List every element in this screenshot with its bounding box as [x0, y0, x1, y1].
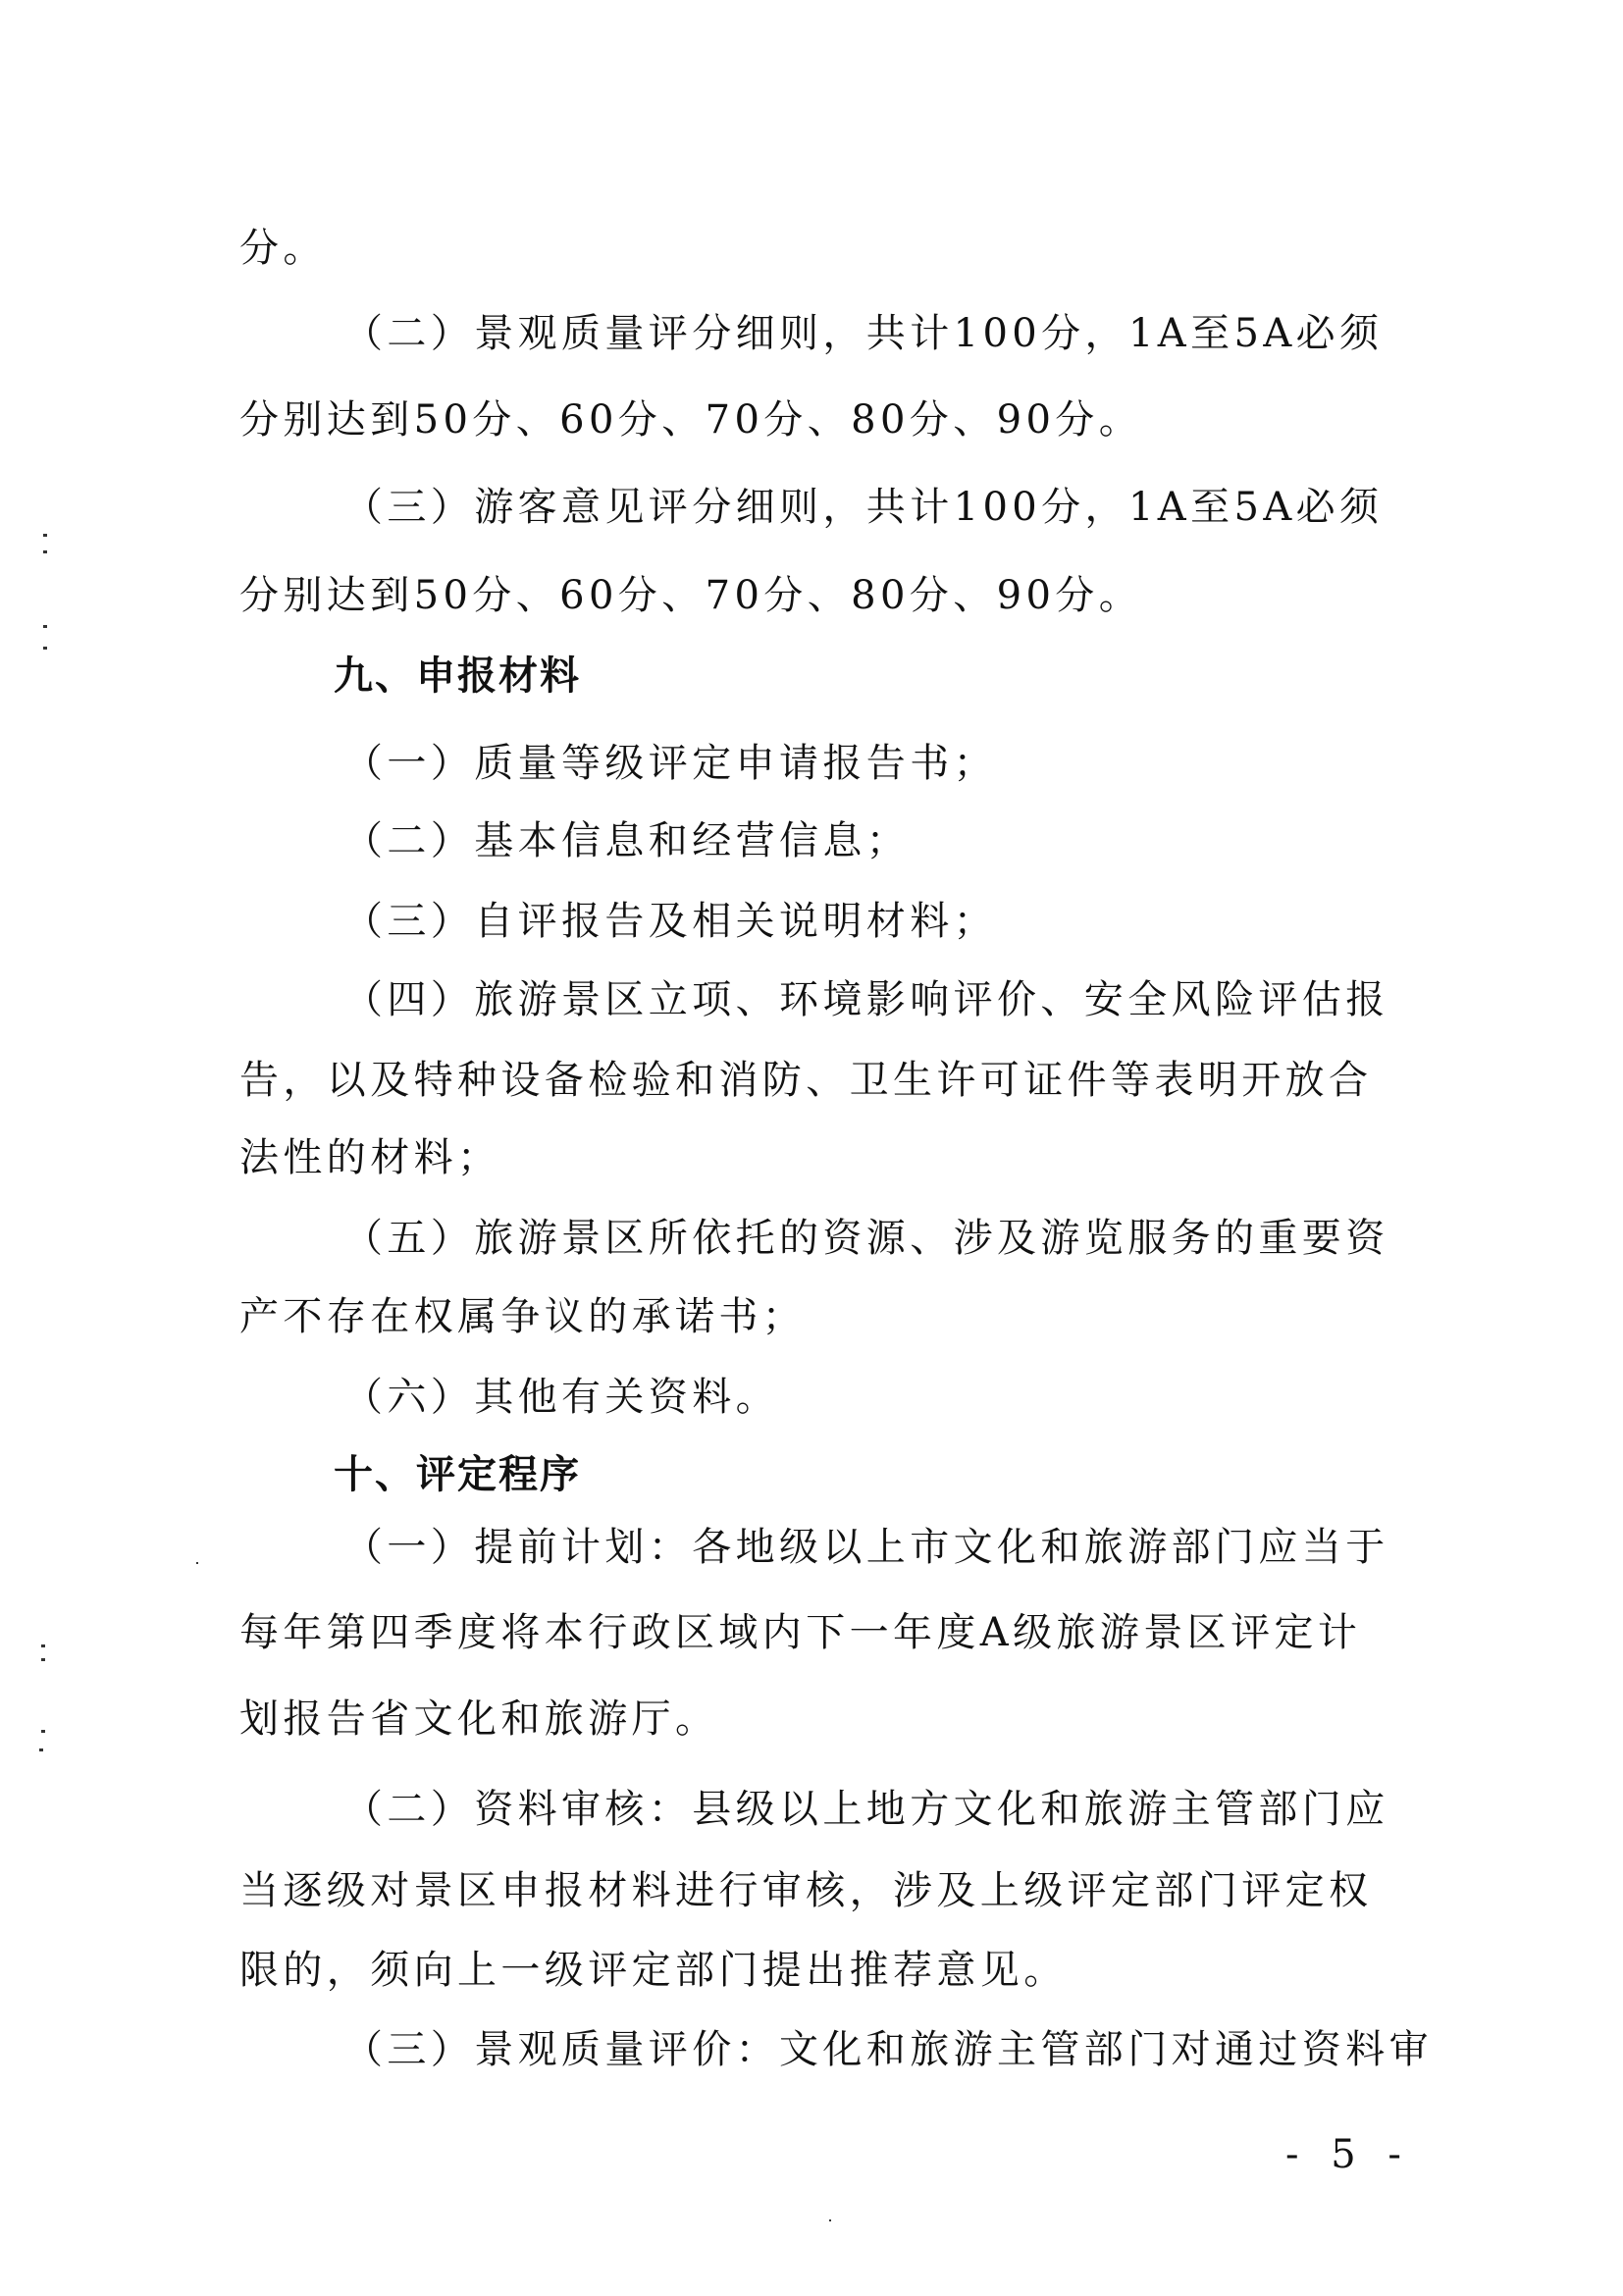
paragraph-line: 分别达到50分、60分、70分、80分、90分。 [239, 572, 1142, 619]
section-heading: 十、评定程序 [334, 1451, 581, 1498]
paragraph-line: 限的，须向上一级评定部门提出推荐意见。 [239, 1947, 1068, 1994]
paragraph-line: （六）其他有关资料。 [343, 1374, 779, 1421]
scan-mark [41, 1658, 45, 1661]
paragraph-line: （二）景观质量评分细则，共计100分，1A至5A必须 [343, 310, 1383, 357]
scan-mark [43, 647, 47, 650]
scan-mark [196, 1562, 198, 1564]
paragraph-line: （四）旅游景区立项、环境影响评价、安全风险评估报 [343, 976, 1389, 1023]
paragraph-line: （一）提前计划：各地级以上市文化和旅游部门应当于 [343, 1524, 1389, 1571]
paragraph-line: 分。 [239, 225, 327, 272]
paragraph-line: 法性的材料； [239, 1134, 500, 1181]
paragraph-line: （三）自评报告及相关说明材料； [343, 898, 997, 945]
paragraph-line: 每年第四季度将本行政区域内下一年度A级旅游景区评定计 [239, 1609, 1361, 1656]
scan-mark [43, 534, 47, 537]
paragraph-line: 分别达到50分、60分、70分、80分、90分。 [239, 396, 1142, 444]
scan-mark [41, 1644, 45, 1647]
paragraph-line: （二）基本信息和经营信息； [343, 817, 910, 864]
scan-mark [41, 1730, 45, 1733]
scan-mark [43, 625, 47, 628]
paragraph-line: 当逐级对景区申报材料进行审核，涉及上级评定部门评定权 [239, 1867, 1372, 1914]
paragraph-line: 划报告省文化和旅游厅。 [239, 1696, 718, 1743]
paragraph-line: （三）游客意见评分细则，共计100分，1A至5A必须 [343, 484, 1383, 531]
paragraph-line: （三）景观质量评价：文化和旅游主管部门对通过资料审 [343, 2026, 1433, 2073]
scan-mark [829, 2219, 831, 2221]
paragraph-line: （五）旅游景区所依托的资源、涉及游览服务的重要资 [343, 1215, 1389, 1262]
page-number: - 5 - [1285, 2131, 1411, 2178]
section-heading: 九、申报材料 [334, 652, 581, 700]
paragraph-line: （二）资料审核：县级以上地方文化和旅游主管部门应 [343, 1786, 1389, 1833]
paragraph-line: 产不存在权属争议的承诺书； [239, 1293, 806, 1340]
scan-mark [43, 550, 47, 553]
scan-mark [39, 1748, 43, 1751]
paragraph-line: （一）质量等级评定申请报告书； [343, 740, 997, 787]
paragraph-line: 告，以及特种设备检验和消防、卫生许可证件等表明开放合 [239, 1057, 1372, 1104]
